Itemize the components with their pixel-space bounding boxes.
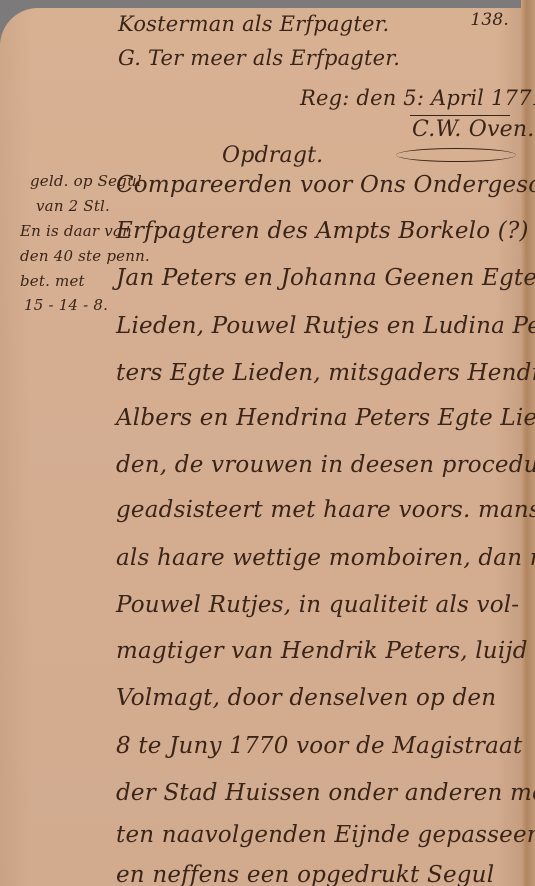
body-line: Albers en Hendrina Peters Egte Lie- [116, 405, 535, 431]
registration-date: Reg: den 5: April 1771 [300, 86, 535, 110]
body-line: als haare wettige momboiren, dan nog [116, 545, 535, 571]
header-line-2: G. Ter meer als Erfpagter. [118, 46, 400, 70]
body-line: Jan Peters en Johanna Geenen Egte- [116, 265, 535, 291]
signature-flourish [396, 148, 516, 162]
margin-note-line: bet. met [20, 272, 85, 290]
body-line: ters Egte Lieden, mitsgaders Hendrik [116, 360, 535, 386]
body-line: Pouwel Rutjes, in qualiteit als vol- [116, 592, 519, 618]
body-line: magtiger van Hendrik Peters, luijd [116, 638, 528, 664]
signature: C.W. Oven. [412, 117, 534, 142]
body-line: Erfpagteren des Ampts Borkelo (?) [116, 218, 529, 244]
page-number: 138. [470, 10, 509, 30]
body-line: geadsisteert met haare voors. mans, [116, 497, 535, 523]
body-line: der Stad Huissen onder anderen mede [116, 780, 535, 806]
body-line: Lieden, Pouwel Rutjes en Ludina Pe- [116, 313, 535, 339]
margin-note-line: van 2 Stl. [36, 197, 110, 215]
body-line: 8 te Juny 1770 voor de Magistraat [116, 733, 522, 759]
body-line: ten naavolgenden Eijnde gepasseert, [116, 822, 535, 848]
margin-note-line: 15 - 14 - 8. [24, 296, 108, 314]
body-line: Volmagt, door denselven op den [116, 685, 496, 711]
header-line-1: Kosterman als Erfpagter. [118, 12, 389, 36]
margin-note-line: den 40 ste penn. [20, 247, 150, 265]
body-line: en neffens een opgedrukt Segul [116, 862, 494, 886]
body-line: den, de vrouwen in deesen procedure [116, 452, 535, 478]
underline [410, 115, 510, 116]
body-line: Compareerden voor Ons Ondergeschrevene [116, 172, 535, 198]
document-title: Opdragt. [222, 143, 323, 168]
